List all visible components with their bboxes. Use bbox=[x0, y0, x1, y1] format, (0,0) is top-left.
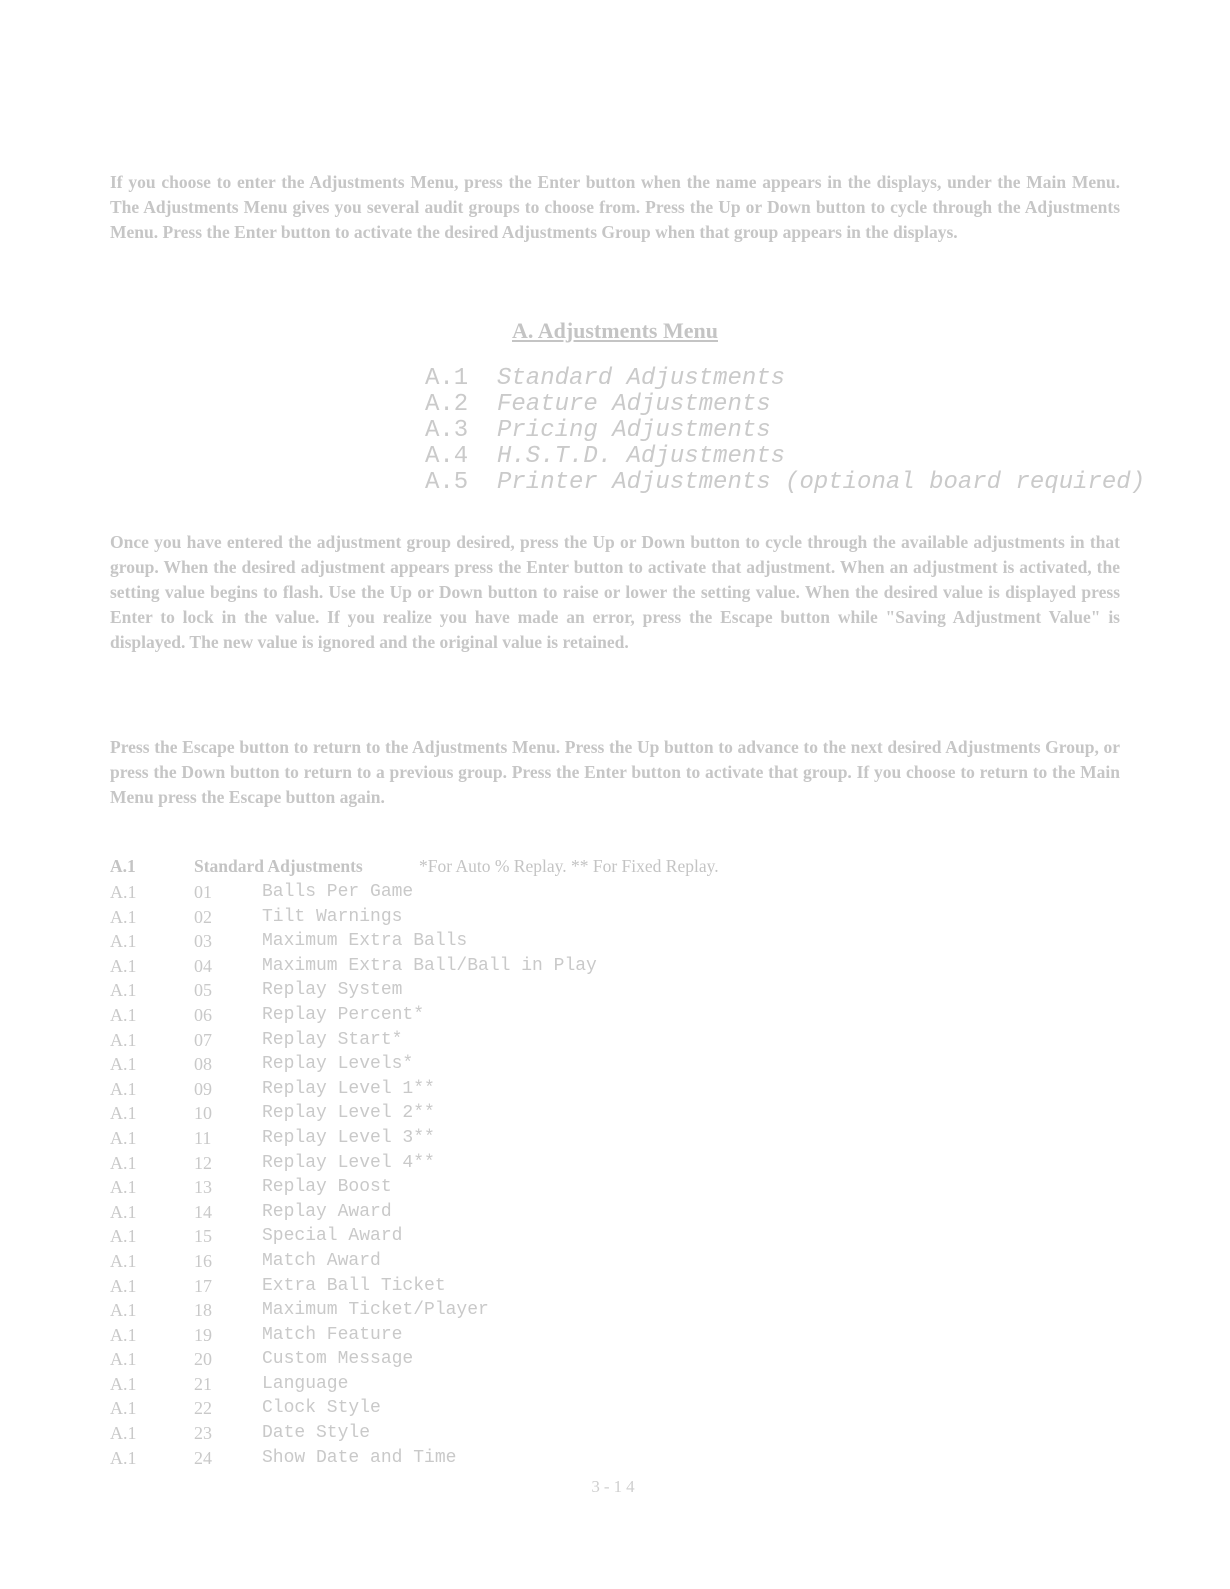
menu-item: A.5Printer Adjustments (optional board r… bbox=[425, 470, 1145, 496]
adjustment-section: A.1 bbox=[110, 1347, 194, 1372]
adjustment-number: 07 bbox=[194, 1028, 262, 1053]
standard-adjustments-list: A.101Balls Per GameA.102Tilt WarningsA.1… bbox=[110, 880, 597, 1470]
adjustment-name: Extra Ball Ticket bbox=[262, 1274, 446, 1299]
adjustment-row: A.116Match Award bbox=[110, 1249, 597, 1274]
adjustment-name: Date Style bbox=[262, 1421, 370, 1446]
adjustment-section: A.1 bbox=[110, 1200, 194, 1225]
adjustment-number: 12 bbox=[194, 1151, 262, 1176]
adjustment-section: A.1 bbox=[110, 978, 194, 1003]
menu-item-code: A.2 bbox=[425, 392, 497, 418]
adjustment-number: 21 bbox=[194, 1372, 262, 1397]
adjustment-name: Replay Award bbox=[262, 1200, 392, 1225]
adjustment-number: 17 bbox=[194, 1274, 262, 1299]
adjustment-number: 22 bbox=[194, 1396, 262, 1421]
adjustment-number: 13 bbox=[194, 1175, 262, 1200]
adjustment-section: A.1 bbox=[110, 1249, 194, 1274]
menu-item-code: A.3 bbox=[425, 418, 497, 444]
adjustment-row: A.123Date Style bbox=[110, 1421, 597, 1446]
adjustment-section: A.1 bbox=[110, 1372, 194, 1397]
adjustment-row: A.120Custom Message bbox=[110, 1347, 597, 1372]
replay-note: *For Auto % Replay. ** For Fixed Replay. bbox=[419, 856, 719, 877]
adjustment-row: A.121Language bbox=[110, 1372, 597, 1397]
usage-paragraph: Once you have entered the adjustment gro… bbox=[110, 530, 1120, 655]
adjustments-menu-title: A. Adjustments Menu bbox=[0, 318, 1230, 344]
section-title: Standard Adjustments bbox=[194, 856, 419, 877]
menu-item-label: Standard Adjustments bbox=[497, 366, 785, 392]
adjustment-row: A.104Maximum Extra Ball/Ball in Play bbox=[110, 954, 597, 979]
adjustment-name: Replay Percent* bbox=[262, 1003, 424, 1028]
adjustment-section: A.1 bbox=[110, 1028, 194, 1053]
adjustment-row: A.106Replay Percent* bbox=[110, 1003, 597, 1028]
menu-item-code: A.1 bbox=[425, 366, 497, 392]
intro-paragraph: If you choose to enter the Adjustments M… bbox=[110, 170, 1120, 245]
adjustment-section: A.1 bbox=[110, 1224, 194, 1249]
adjustment-row: A.119Match Feature bbox=[110, 1323, 597, 1348]
adjustment-name: Match Award bbox=[262, 1249, 381, 1274]
adjustment-row: A.115Special Award bbox=[110, 1224, 597, 1249]
adjustments-menu-list: A.1Standard AdjustmentsA.2Feature Adjust… bbox=[425, 366, 1145, 496]
adjustment-name: Replay Level 1** bbox=[262, 1077, 435, 1102]
adjustment-section: A.1 bbox=[110, 954, 194, 979]
adjustment-number: 09 bbox=[194, 1077, 262, 1102]
menu-item-label: Feature Adjustments bbox=[497, 392, 771, 418]
menu-item: A.1Standard Adjustments bbox=[425, 366, 1145, 392]
adjustment-number: 23 bbox=[194, 1421, 262, 1446]
adjustment-name: Tilt Warnings bbox=[262, 905, 402, 930]
adjustment-section: A.1 bbox=[110, 905, 194, 930]
adjustment-section: A.1 bbox=[110, 929, 194, 954]
menu-item-code: A.4 bbox=[425, 444, 497, 470]
adjustment-number: 19 bbox=[194, 1323, 262, 1348]
adjustment-row: A.117Extra Ball Ticket bbox=[110, 1274, 597, 1299]
adjustment-section: A.1 bbox=[110, 1396, 194, 1421]
adjustment-section: A.1 bbox=[110, 1151, 194, 1176]
menu-item: A.4H.S.T.D. Adjustments bbox=[425, 444, 1145, 470]
adjustment-row: A.111Replay Level 3** bbox=[110, 1126, 597, 1151]
adjustment-section: A.1 bbox=[110, 1126, 194, 1151]
adjustment-number: 02 bbox=[194, 905, 262, 930]
adjustment-row: A.105Replay System bbox=[110, 978, 597, 1003]
menu-item: A.3Pricing Adjustments bbox=[425, 418, 1145, 444]
menu-item: A.2Feature Adjustments bbox=[425, 392, 1145, 418]
adjustment-name: Balls Per Game bbox=[262, 880, 413, 905]
adjustment-row: A.113Replay Boost bbox=[110, 1175, 597, 1200]
adjustment-section: A.1 bbox=[110, 1101, 194, 1126]
adjustment-section: A.1 bbox=[110, 1323, 194, 1348]
adjustment-number: 20 bbox=[194, 1347, 262, 1372]
adjustment-name: Replay Start* bbox=[262, 1028, 402, 1053]
adjustment-section: A.1 bbox=[110, 1446, 194, 1471]
adjustment-number: 08 bbox=[194, 1052, 262, 1077]
page-number: 3-14 bbox=[0, 1477, 1230, 1497]
menu-item-code: A.5 bbox=[425, 470, 497, 496]
adjustment-number: 16 bbox=[194, 1249, 262, 1274]
adjustment-row: A.107Replay Start* bbox=[110, 1028, 597, 1053]
adjustment-number: 15 bbox=[194, 1224, 262, 1249]
adjustment-row: A.124Show Date and Time bbox=[110, 1446, 597, 1471]
adjustment-name: Replay System bbox=[262, 978, 402, 1003]
standard-adjustments-header: A.1 Standard Adjustments *For Auto % Rep… bbox=[110, 856, 719, 877]
adjustment-number: 06 bbox=[194, 1003, 262, 1028]
adjustment-row: A.118Maximum Ticket/Player bbox=[110, 1298, 597, 1323]
adjustment-name: Replay Boost bbox=[262, 1175, 392, 1200]
adjustment-name: Replay Level 4** bbox=[262, 1151, 435, 1176]
adjustment-section: A.1 bbox=[110, 1274, 194, 1299]
adjustment-section: A.1 bbox=[110, 1298, 194, 1323]
adjustment-section: A.1 bbox=[110, 1003, 194, 1028]
adjustment-name: Language bbox=[262, 1372, 348, 1397]
adjustment-row: A.103Maximum Extra Balls bbox=[110, 929, 597, 954]
adjustment-number: 24 bbox=[194, 1446, 262, 1471]
adjustment-name: Show Date and Time bbox=[262, 1446, 456, 1471]
menu-item-label: H.S.T.D. Adjustments bbox=[497, 444, 785, 470]
adjustment-row: A.102Tilt Warnings bbox=[110, 905, 597, 930]
adjustment-number: 04 bbox=[194, 954, 262, 979]
adjustment-name: Custom Message bbox=[262, 1347, 413, 1372]
adjustment-name: Maximum Ticket/Player bbox=[262, 1298, 489, 1323]
menu-item-label: Printer Adjustments (optional board requ… bbox=[497, 470, 1145, 496]
adjustment-name: Replay Level 3** bbox=[262, 1126, 435, 1151]
adjustment-name: Special Award bbox=[262, 1224, 402, 1249]
adjustment-name: Replay Levels* bbox=[262, 1052, 413, 1077]
adjustment-number: 14 bbox=[194, 1200, 262, 1225]
adjustment-section: A.1 bbox=[110, 1077, 194, 1102]
adjustment-row: A.112Replay Level 4** bbox=[110, 1151, 597, 1176]
navigation-paragraph: Press the Escape button to return to the… bbox=[110, 735, 1120, 810]
adjustment-row: A.109Replay Level 1** bbox=[110, 1077, 597, 1102]
adjustment-name: Maximum Extra Balls bbox=[262, 929, 467, 954]
adjustment-number: 10 bbox=[194, 1101, 262, 1126]
adjustment-row: A.108Replay Levels* bbox=[110, 1052, 597, 1077]
adjustment-name: Maximum Extra Ball/Ball in Play bbox=[262, 954, 597, 979]
adjustment-section: A.1 bbox=[110, 1052, 194, 1077]
adjustment-name: Replay Level 2** bbox=[262, 1101, 435, 1126]
manual-page: If you choose to enter the Adjustments M… bbox=[0, 0, 1230, 1589]
section-code: A.1 bbox=[110, 856, 194, 877]
adjustment-number: 01 bbox=[194, 880, 262, 905]
adjustment-name: Match Feature bbox=[262, 1323, 402, 1348]
adjustment-number: 03 bbox=[194, 929, 262, 954]
adjustment-section: A.1 bbox=[110, 880, 194, 905]
adjustment-number: 05 bbox=[194, 978, 262, 1003]
adjustment-section: A.1 bbox=[110, 1421, 194, 1446]
adjustment-row: A.101Balls Per Game bbox=[110, 880, 597, 905]
adjustment-row: A.110Replay Level 2** bbox=[110, 1101, 597, 1126]
adjustment-number: 18 bbox=[194, 1298, 262, 1323]
adjustment-section: A.1 bbox=[110, 1175, 194, 1200]
adjustment-row: A.122Clock Style bbox=[110, 1396, 597, 1421]
adjustment-name: Clock Style bbox=[262, 1396, 381, 1421]
menu-item-label: Pricing Adjustments bbox=[497, 418, 771, 444]
adjustment-row: A.114Replay Award bbox=[110, 1200, 597, 1225]
adjustment-number: 11 bbox=[194, 1126, 262, 1151]
